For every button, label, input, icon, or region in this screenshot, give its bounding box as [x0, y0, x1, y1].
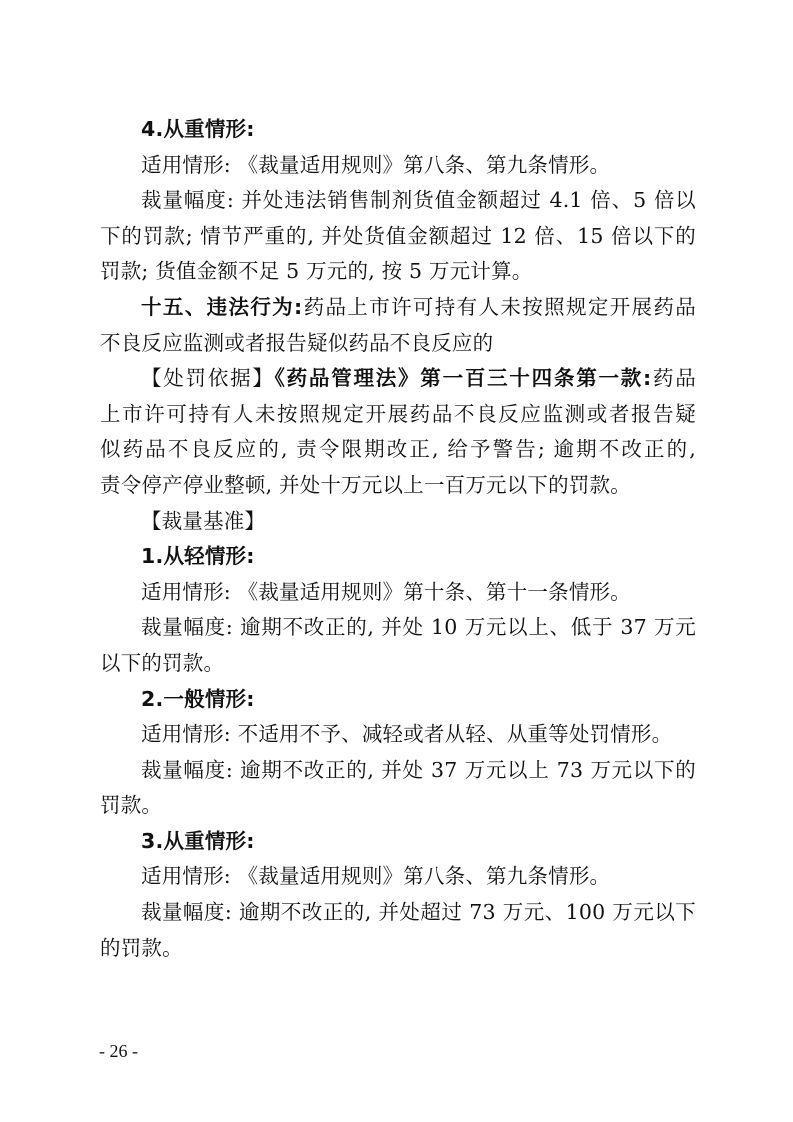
penalty-basis-line-1: 【处罚依据】《药品管理法》第一百三十四条第一款:药品 — [100, 361, 696, 397]
paragraph-text: 下的罚款; 情节严重的, 并处货值金额超过 12 倍、15 倍以下的 — [100, 224, 696, 248]
paragraph-text: 以下的罚款。 — [100, 651, 224, 675]
paragraph-text: 的罚款。 — [100, 936, 183, 960]
applicable-circumstances-2: 适用情形: 不适用不予、减轻或者从轻、从重等处罚情形。 — [100, 717, 696, 753]
discretion-range-2-line-2: 罚款。 — [100, 788, 696, 824]
law-citation: 《药品管理法》第一百三十四条第一款: — [275, 366, 652, 390]
paragraph-text: 适用情形: 《裁量适用规则》第十条、第十一条情形。 — [141, 580, 631, 604]
document-page: 4.从重情形: 适用情形: 《裁量适用规则》第八条、第九条情形。 裁量幅度: 并… — [100, 112, 696, 966]
heading-general-2: 2.一般情形: — [100, 682, 696, 718]
discretion-range-1-line-1: 裁量幅度: 逾期不改正的, 并处 10 万元以上、低于 37 万元 — [100, 610, 696, 646]
discretion-range-1-line-2: 以下的罚款。 — [100, 646, 696, 682]
paragraph-text: 裁量幅度: 逾期不改正的, 并处超过 73 万元、100 万元以下 — [141, 900, 696, 924]
violation-15-line-2: 不良反应监测或者报告疑似药品不良反应的 — [100, 326, 696, 362]
penalty-basis-line-3: 似药品不良反应的, 责令限期改正, 给予警告; 逾期不改正的, — [100, 432, 696, 468]
paragraph-text: 药品上市许可持有人未按照规定开展药品 — [302, 295, 696, 319]
applicable-circumstances-4: 适用情形: 《裁量适用规则》第八条、第九条情形。 — [100, 148, 696, 184]
heading-mitigated-1: 1.从轻情形: — [100, 539, 696, 575]
violation-15-line-1: 十五、违法行为:药品上市许可持有人未按照规定开展药品 — [100, 290, 696, 326]
page-number: - 26 - — [99, 1041, 138, 1062]
paragraph-text: 责令停产停业整顿, 并处十万元以上一百万元以下的罚款。 — [100, 473, 631, 497]
discretion-range-4-line-2: 下的罚款; 情节严重的, 并处货值金额超过 12 倍、15 倍以下的 — [100, 219, 696, 255]
applicable-circumstances-1: 适用情形: 《裁量适用规则》第十条、第十一条情形。 — [100, 575, 696, 611]
paragraph-text: 适用情形: 《裁量适用规则》第八条、第九条情形。 — [141, 153, 610, 177]
discretion-standard-label: 【裁量基准】 — [100, 504, 696, 540]
heading-aggravated-4: 4.从重情形: — [100, 112, 696, 148]
discretion-range-2-line-1: 裁量幅度: 逾期不改正的, 并处 37 万元以上 73 万元以下的 — [100, 753, 696, 789]
applicable-circumstances-3: 适用情形: 《裁量适用规则》第八条、第九条情形。 — [100, 859, 696, 895]
heading-text: 3.从重情形: — [141, 829, 255, 853]
paragraph-text: 裁量幅度: 逾期不改正的, 并处 37 万元以上 73 万元以下的 — [141, 758, 696, 782]
discretion-range-4-line-1: 裁量幅度: 并处违法销售制剂货值金额超过 4.1 倍、5 倍以 — [100, 183, 696, 219]
paragraph-text: 裁量幅度: 并处违法销售制剂货值金额超过 4.1 倍、5 倍以 — [141, 188, 696, 212]
heading-aggravated-3: 3.从重情形: — [100, 824, 696, 860]
penalty-basis-line-2: 上市许可持有人未按照规定开展药品不良反应监测或者报告疑 — [100, 397, 696, 433]
paragraph-text: 不良反应监测或者报告疑似药品不良反应的 — [100, 331, 493, 355]
paragraph-text: 罚款; 货值金额不足 5 万元的, 按 5 万元计算。 — [100, 259, 533, 283]
violation-label: 十五、违法行为: — [141, 295, 302, 319]
discretion-range-4-line-3: 罚款; 货值金额不足 5 万元的, 按 5 万元计算。 — [100, 254, 696, 290]
heading-text: 1.从轻情形: — [141, 544, 255, 568]
paragraph-text: 药品 — [651, 366, 696, 390]
paragraph-text: 上市许可持有人未按照规定开展药品不良反应监测或者报告疑 — [100, 402, 696, 426]
paragraph-text: 似药品不良反应的, 责令限期改正, 给予警告; 逾期不改正的, — [100, 437, 696, 461]
paragraph-text: 适用情形: 不适用不予、减轻或者从轻、从重等处罚情形。 — [141, 722, 672, 746]
section-label: 【裁量基准】 — [141, 509, 265, 533]
heading-text: 4.从重情形: — [141, 117, 255, 141]
paragraph-text: 裁量幅度: 逾期不改正的, 并处 10 万元以上、低于 37 万元 — [141, 615, 696, 639]
paragraph-text: 适用情形: 《裁量适用规则》第八条、第九条情形。 — [141, 864, 610, 888]
basis-label: 【处罚依据】 — [141, 366, 275, 390]
discretion-range-3-line-2: 的罚款。 — [100, 931, 696, 967]
discretion-range-3-line-1: 裁量幅度: 逾期不改正的, 并处超过 73 万元、100 万元以下 — [100, 895, 696, 931]
heading-text: 2.一般情形: — [141, 687, 255, 711]
paragraph-text: 罚款。 — [100, 793, 162, 817]
penalty-basis-line-4: 责令停产停业整顿, 并处十万元以上一百万元以下的罚款。 — [100, 468, 696, 504]
